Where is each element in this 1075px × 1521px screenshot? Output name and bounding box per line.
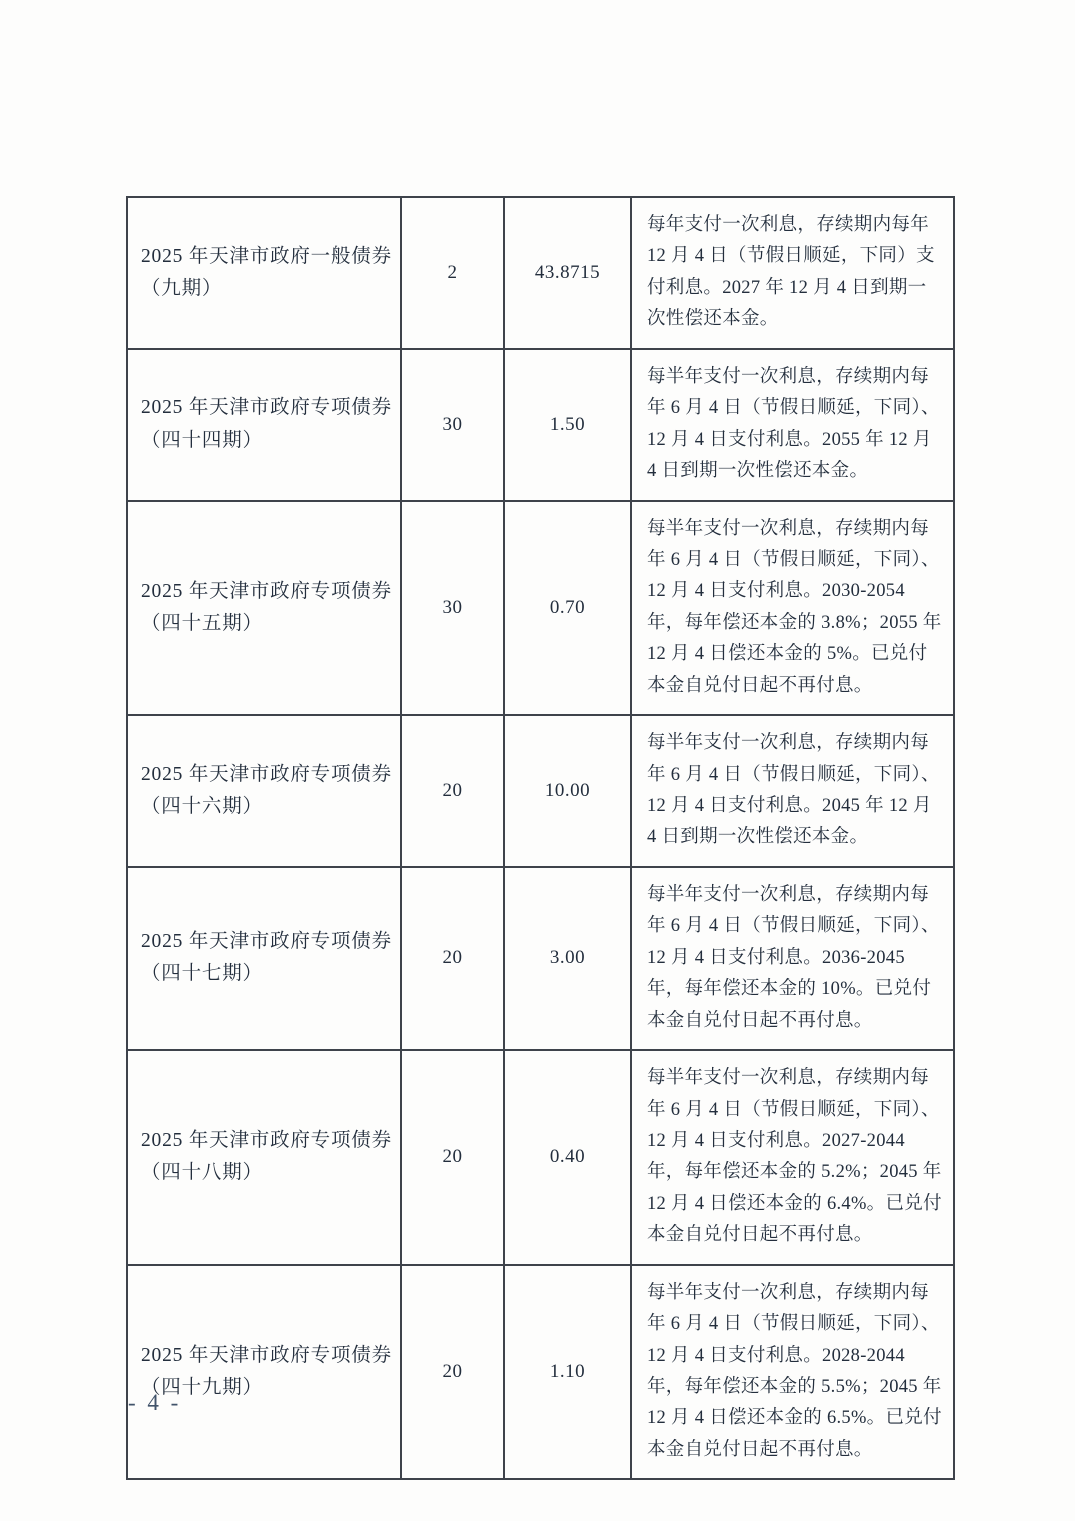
table-row: 2025 年天津市政府专项债券（四十八期） 20 0.40 每半年支付一次利息，…: [127, 1050, 954, 1265]
bond-term-cell: 30: [401, 501, 504, 716]
bond-amount-cell: 10.00: [504, 715, 631, 867]
bond-name-cell: 2025 年天津市政府专项债券（四十八期）: [127, 1050, 401, 1265]
bond-name-cell: 2025 年天津市政府专项债券（四十五期）: [127, 501, 401, 716]
bond-payment-cell: 每年支付一次利息，存续期内每年 12 月 4 日（节假日顺延，下同）支付利息。2…: [631, 197, 954, 349]
bond-payment-cell: 每半年支付一次利息，存续期内每年 6 月 4 日（节假日顺延，下同）、12 月 …: [631, 349, 954, 501]
document-page: 2025 年天津市政府一般债券（九期） 2 43.8715 每年支付一次利息，存…: [0, 0, 1075, 1521]
bond-payment-cell: 每半年支付一次利息，存续期内每年 6 月 4 日（节假日顺延，下同）、12 月 …: [631, 867, 954, 1050]
table-row: 2025 年天津市政府专项债券（四十六期） 20 10.00 每半年支付一次利息…: [127, 715, 954, 867]
page-number: - 4 -: [128, 1390, 181, 1416]
bond-table: 2025 年天津市政府一般债券（九期） 2 43.8715 每年支付一次利息，存…: [126, 196, 955, 1480]
bond-term-cell: 20: [401, 1265, 504, 1480]
bond-payment-cell: 每半年支付一次利息，存续期内每年 6 月 4 日（节假日顺延，下同）、12 月 …: [631, 1050, 954, 1265]
bond-amount-cell: 0.70: [504, 501, 631, 716]
bond-amount-cell: 43.8715: [504, 197, 631, 349]
table-row: 2025 年天津市政府一般债券（九期） 2 43.8715 每年支付一次利息，存…: [127, 197, 954, 349]
bond-term-cell: 20: [401, 867, 504, 1050]
bond-amount-cell: 3.00: [504, 867, 631, 1050]
table-row: 2025 年天津市政府专项债券（四十五期） 30 0.70 每半年支付一次利息，…: [127, 501, 954, 716]
bond-name-cell: 2025 年天津市政府专项债券（四十七期）: [127, 867, 401, 1050]
bond-term-cell: 20: [401, 715, 504, 867]
bond-name-cell: 2025 年天津市政府专项债券（四十四期）: [127, 349, 401, 501]
bond-name-cell: 2025 年天津市政府专项债券（四十六期）: [127, 715, 401, 867]
bond-term-cell: 30: [401, 349, 504, 501]
bond-name-cell: 2025 年天津市政府一般债券（九期）: [127, 197, 401, 349]
bond-payment-cell: 每半年支付一次利息，存续期内每年 6 月 4 日（节假日顺延，下同）、12 月 …: [631, 501, 954, 716]
bond-amount-cell: 0.40: [504, 1050, 631, 1265]
table-row: 2025 年天津市政府专项债券（四十九期） 20 1.10 每半年支付一次利息，…: [127, 1265, 954, 1480]
bond-amount-cell: 1.50: [504, 349, 631, 501]
table-row: 2025 年天津市政府专项债券（四十四期） 30 1.50 每半年支付一次利息，…: [127, 349, 954, 501]
bond-name-cell: 2025 年天津市政府专项债券（四十九期）: [127, 1265, 401, 1480]
bond-term-cell: 2: [401, 197, 504, 349]
bond-term-cell: 20: [401, 1050, 504, 1265]
bond-payment-cell: 每半年支付一次利息，存续期内每年 6 月 4 日（节假日顺延，下同）、12 月 …: [631, 1265, 954, 1480]
table-row: 2025 年天津市政府专项债券（四十七期） 20 3.00 每半年支付一次利息，…: [127, 867, 954, 1050]
bond-amount-cell: 1.10: [504, 1265, 631, 1480]
bond-payment-cell: 每半年支付一次利息，存续期内每年 6 月 4 日（节假日顺延，下同）、12 月 …: [631, 715, 954, 867]
